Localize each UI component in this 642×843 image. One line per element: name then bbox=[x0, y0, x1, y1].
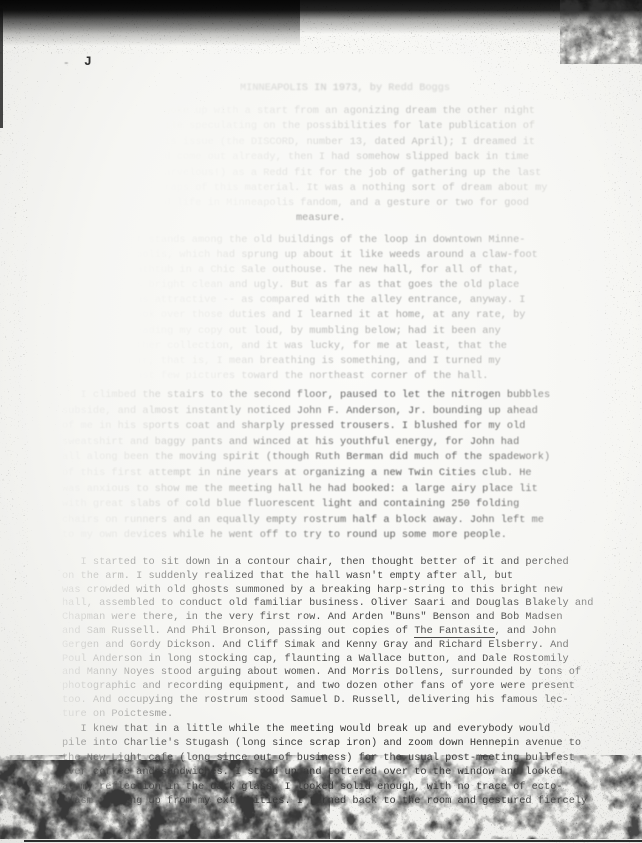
text-line: plasm rushing up from my extremities. I … bbox=[62, 794, 598, 808]
scan-top-edge-shadow bbox=[0, 0, 642, 34]
text-line: and Manny Noyes stood arguing about wome… bbox=[62, 666, 598, 680]
text-line: had come out already, then I had somehow… bbox=[152, 150, 578, 165]
scan-mark-dash: - bbox=[63, 58, 70, 70]
text-line: this issue (the DISCORD, number 13, date… bbox=[152, 135, 578, 150]
text-line: was attractive -- as compared with the a… bbox=[130, 293, 582, 308]
text-line: Chapman were there, in the very first ro… bbox=[62, 611, 598, 625]
text-line: to my own devices while he went off to t… bbox=[62, 528, 594, 544]
scanned-page: - J MINNEAPOLIS IN 1973, by Redd Boggs I… bbox=[0, 0, 642, 843]
text-line: hall, assembled to conduct old familiar … bbox=[62, 597, 598, 611]
text-line: over coffee and sandwiches. I stood up a… bbox=[62, 765, 598, 779]
text-line: ture on Poictesme. bbox=[62, 708, 598, 722]
text-line: sweatshirt and baggy pants and winced at… bbox=[62, 435, 594, 451]
text-line: while speculating on the possibilities f… bbox=[152, 119, 578, 134]
text-line: is bright clean and ugly. But as far as … bbox=[130, 278, 582, 293]
text-line: the New Light cafe (long since out of bu… bbox=[62, 751, 598, 765]
text-line: was crowded with old ghosts summoned by … bbox=[62, 584, 598, 598]
text-line: took over those duties and I learned it … bbox=[130, 308, 582, 323]
text-line: and Sam Russell. And Phil Bronson, passi… bbox=[62, 625, 598, 639]
text-line: I started to sit down in a contour chair… bbox=[62, 556, 598, 570]
text-line: Poul Anderson in long stocking cap, flau… bbox=[62, 653, 598, 667]
text-line: I knew that in a little while the meetin… bbox=[62, 722, 598, 736]
typewritten-paragraph-5: I knew that in a little while the meetin… bbox=[62, 722, 598, 808]
text-line: of this first attempt in nine years at o… bbox=[62, 466, 594, 482]
text-line: Gergen and Gordy Dickson. And Cliff Sima… bbox=[62, 639, 598, 653]
text-line-fragment: measure. bbox=[296, 212, 345, 224]
scan-mark-glyph: J bbox=[84, 54, 92, 69]
text-run: , and John bbox=[495, 625, 557, 637]
text-line: scraps of this material. It was a nothin… bbox=[152, 181, 578, 196]
typewritten-paragraph-2: It stands among the old buildings of the… bbox=[130, 233, 582, 384]
text-line: other collection, and it was lucky, for … bbox=[130, 339, 582, 354]
scan-bottom-edge-line bbox=[24, 840, 642, 842]
text-line: air, that is, I mean breathing is someth… bbox=[130, 354, 582, 369]
text-line: bathtub in a Chic Sale outhouse. The new… bbox=[130, 263, 582, 278]
text-line: subside, and almost instantly noticed Jo… bbox=[62, 404, 594, 420]
text-line: of me in his sports coat and sharply pre… bbox=[62, 419, 594, 435]
text-line: reading my copy out loud, by mumbling be… bbox=[130, 324, 582, 339]
page-title: MINNEAPOLIS IN 1973, by Redd Boggs bbox=[240, 82, 560, 94]
text-line: too. And occupying the rostrum stood Sam… bbox=[62, 694, 598, 708]
text-line: photographic and recording equipment, an… bbox=[62, 680, 598, 694]
text-line: I woke up with a start from an agonizing… bbox=[152, 104, 578, 119]
text-line: last few pictures toward the northeast c… bbox=[130, 369, 582, 384]
text-line: on the arm. I suddenly realized that the… bbox=[62, 570, 598, 584]
text-line: pile into Charlie's Stugash (long since … bbox=[62, 736, 598, 750]
typewritten-paragraph-4: I started to sit down in a contour chair… bbox=[62, 556, 598, 722]
typewritten-paragraph-1: I woke up with a start from an agonizing… bbox=[152, 104, 578, 212]
text-line: apolis, which had sprung up about it lik… bbox=[130, 248, 582, 263]
scan-left-edge-line bbox=[0, 8, 3, 128]
text-line: chairs on runners and an equally empty r… bbox=[62, 513, 594, 529]
text-line: old life in Minneapolis fandom, and a ge… bbox=[152, 196, 578, 211]
text-line: all along been the moving spirit (though… bbox=[62, 450, 594, 466]
text-line: I climbed the stairs to the second floor… bbox=[62, 388, 594, 404]
text-line: with great slabs of cold blue fluorescen… bbox=[62, 497, 594, 513]
text-line: was anxious to show me the meeting hall … bbox=[62, 482, 594, 498]
text-line: It stands among the old buildings of the… bbox=[130, 233, 582, 248]
underlined-zine-title: The Fantasite bbox=[414, 625, 494, 638]
scan-top-left-shadow bbox=[0, 0, 300, 46]
text-line: at my reflection in the dark glass. I lo… bbox=[62, 780, 598, 794]
text-line: (marvelous!) as a Redd fit for the job o… bbox=[152, 166, 578, 181]
typewritten-paragraph-3: I climbed the stairs to the second floor… bbox=[62, 388, 594, 544]
text-run: and Sam Russell. And Phil Bronson, passi… bbox=[62, 625, 414, 637]
